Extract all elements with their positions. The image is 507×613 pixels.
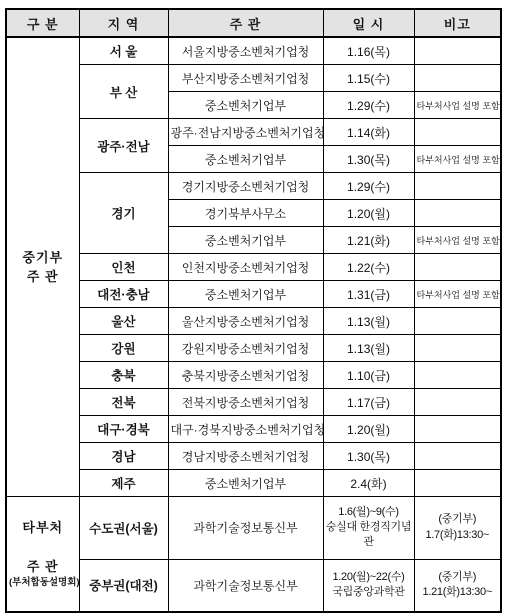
org-cell: 경기북부사무소	[168, 200, 323, 227]
table-row: 대구·경북 대구·경북지방중소벤처기업청 1.20(월)	[6, 416, 501, 443]
date-cell: 1.16(목)	[323, 37, 414, 65]
org-cell: 전북지방중소벤처기업청	[168, 389, 323, 416]
date-cell: 1.20(월)	[323, 200, 414, 227]
org-cell: 광주·전남지방중소벤처기업청	[168, 119, 323, 146]
header-category: 구 분	[6, 9, 79, 37]
date-cell: 1.13(월)	[323, 308, 414, 335]
org-cell: 충북지방중소벤처기업청	[168, 362, 323, 389]
header-region: 지 역	[79, 9, 168, 37]
note-cell	[414, 65, 501, 92]
table-row: 제주 중소벤처기업부 2.4(화)	[6, 470, 501, 497]
org-cell: 대구·경북지방중소벤처기업청	[168, 416, 323, 443]
category-cell-other-ministries: 타부처 주 관 (부처합동설명회)	[6, 497, 79, 612]
note-cell	[414, 389, 501, 416]
org-cell: 중소벤처기업부	[168, 92, 323, 119]
table-row: 울산 울산지방중소벤처기업청 1.13(월)	[6, 308, 501, 335]
org-cell: 중소벤처기업부	[168, 281, 323, 308]
date-cell: 1.20(월)~22(수) 국립중앙과학관	[323, 559, 414, 612]
briefing-schedule-table: 구 분 지 역 주 관 일 시 비고 중기부 주 관 서 울 서울지방중소벤처기…	[5, 8, 502, 613]
region-cell: 서 울	[79, 37, 168, 65]
table-row: 중기부 주 관 서 울 서울지방중소벤처기업청 1.16(목)	[6, 37, 501, 65]
region-cell: 광주·전남	[79, 119, 168, 173]
region-cell: 전북	[79, 389, 168, 416]
table-row: 충북 충북지방중소벤처기업청 1.10(금)	[6, 362, 501, 389]
table-row: 광주·전남 광주·전남지방중소벤처기업청 1.14(화)	[6, 119, 501, 146]
date-cell: 1.22(수)	[323, 254, 414, 281]
table-row: 강원 강원지방중소벤처기업청 1.13(월)	[6, 335, 501, 362]
note-cell: 타부처사업 설명 포함	[414, 92, 501, 119]
category-line-small: (부처합동설명회)	[9, 576, 77, 590]
region-cell: 인천	[79, 254, 168, 281]
date-cell: 1.6(월)~9(수) 숭실대 한경직기념관	[323, 497, 414, 560]
region-cell: 부 산	[79, 65, 168, 119]
note-cell	[414, 37, 501, 65]
org-cell: 서울지방중소벤처기업청	[168, 37, 323, 65]
region-cell: 충북	[79, 362, 168, 389]
note-cell	[414, 254, 501, 281]
region-cell: 경기	[79, 173, 168, 254]
note-cell: (중기부) 1.21(화)13:30~	[414, 559, 501, 612]
region-cell: 울산	[79, 308, 168, 335]
note-cell	[414, 335, 501, 362]
region-cell: 제주	[79, 470, 168, 497]
note-cell	[414, 416, 501, 443]
table-row: 인천 인천지방중소벤처기업청 1.22(수)	[6, 254, 501, 281]
header-datetime: 일 시	[323, 9, 414, 37]
region-cell: 중부권(대전)	[79, 559, 168, 612]
region-cell: 대구·경북	[79, 416, 168, 443]
note-cell	[414, 173, 501, 200]
org-cell: 중소벤처기업부	[168, 470, 323, 497]
org-cell: 중소벤처기업부	[168, 227, 323, 254]
header-row: 구 분 지 역 주 관 일 시 비고	[6, 9, 501, 37]
note-cell	[414, 119, 501, 146]
date-cell: 1.20(월)	[323, 416, 414, 443]
date-cell: 1.15(수)	[323, 65, 414, 92]
table-row: 부 산 부산지방중소벤처기업청 1.15(수)	[6, 65, 501, 92]
page: 구 분 지 역 주 관 일 시 비고 중기부 주 관 서 울 서울지방중소벤처기…	[0, 0, 507, 540]
org-cell: 강원지방중소벤처기업청	[168, 335, 323, 362]
date-cell: 1.29(수)	[323, 92, 414, 119]
org-cell: 부산지방중소벤처기업청	[168, 65, 323, 92]
date-cell: 1.30(목)	[323, 443, 414, 470]
table-row: 경기 경기지방중소벤처기업청 1.29(수)	[6, 173, 501, 200]
date-cell: 1.21(화)	[323, 227, 414, 254]
category-line: 타부처	[22, 520, 63, 535]
date-cell: 2.4(화)	[323, 470, 414, 497]
date-cell: 1.10(금)	[323, 362, 414, 389]
note-cell: 타부처사업 설명 포함	[414, 227, 501, 254]
note-cell	[414, 362, 501, 389]
region-cell: 대전·충남	[79, 281, 168, 308]
date-cell: 1.17(금)	[323, 389, 414, 416]
table-row: 중부권(대전) 과학기술정보통신부 1.20(월)~22(수) 국립중앙과학관 …	[6, 559, 501, 612]
region-cell: 수도권(서울)	[79, 497, 168, 560]
header-remarks: 비고	[414, 9, 501, 37]
table-row: 대전·충남 중소벤처기업부 1.31(금) 타부처사업 설명 포함	[6, 281, 501, 308]
date-cell: 1.31(금)	[323, 281, 414, 308]
org-cell: 인천지방중소벤처기업청	[168, 254, 323, 281]
region-cell: 경남	[79, 443, 168, 470]
note-cell: 타부처사업 설명 포함	[414, 146, 501, 173]
org-cell: 울산지방중소벤처기업청	[168, 308, 323, 335]
table-row: 경남 경남지방중소벤처기업청 1.30(목)	[6, 443, 501, 470]
table-row: 타부처 주 관 (부처합동설명회) 수도권(서울) 과학기술정보통신부 1.6(…	[6, 497, 501, 560]
note-cell	[414, 200, 501, 227]
org-cell: 경남지방중소벤처기업청	[168, 443, 323, 470]
note-cell	[414, 443, 501, 470]
note-cell	[414, 308, 501, 335]
org-cell: 과학기술정보통신부	[168, 559, 323, 612]
header-organizer: 주 관	[168, 9, 323, 37]
category-cell-smba: 중기부 주 관	[6, 37, 79, 497]
date-cell: 1.30(목)	[323, 146, 414, 173]
date-cell: 1.29(수)	[323, 173, 414, 200]
date-cell: 1.13(월)	[323, 335, 414, 362]
org-cell: 중소벤처기업부	[168, 146, 323, 173]
note-cell: (중기부) 1.7(화)13:30~	[414, 497, 501, 560]
org-cell: 과학기술정보통신부	[168, 497, 323, 560]
table-row: 전북 전북지방중소벤처기업청 1.17(금)	[6, 389, 501, 416]
category-line: 주 관	[27, 559, 59, 574]
note-cell	[414, 470, 501, 497]
region-cell: 강원	[79, 335, 168, 362]
date-cell: 1.14(화)	[323, 119, 414, 146]
note-cell: 타부처사업 설명 포함	[414, 281, 501, 308]
org-cell: 경기지방중소벤처기업청	[168, 173, 323, 200]
